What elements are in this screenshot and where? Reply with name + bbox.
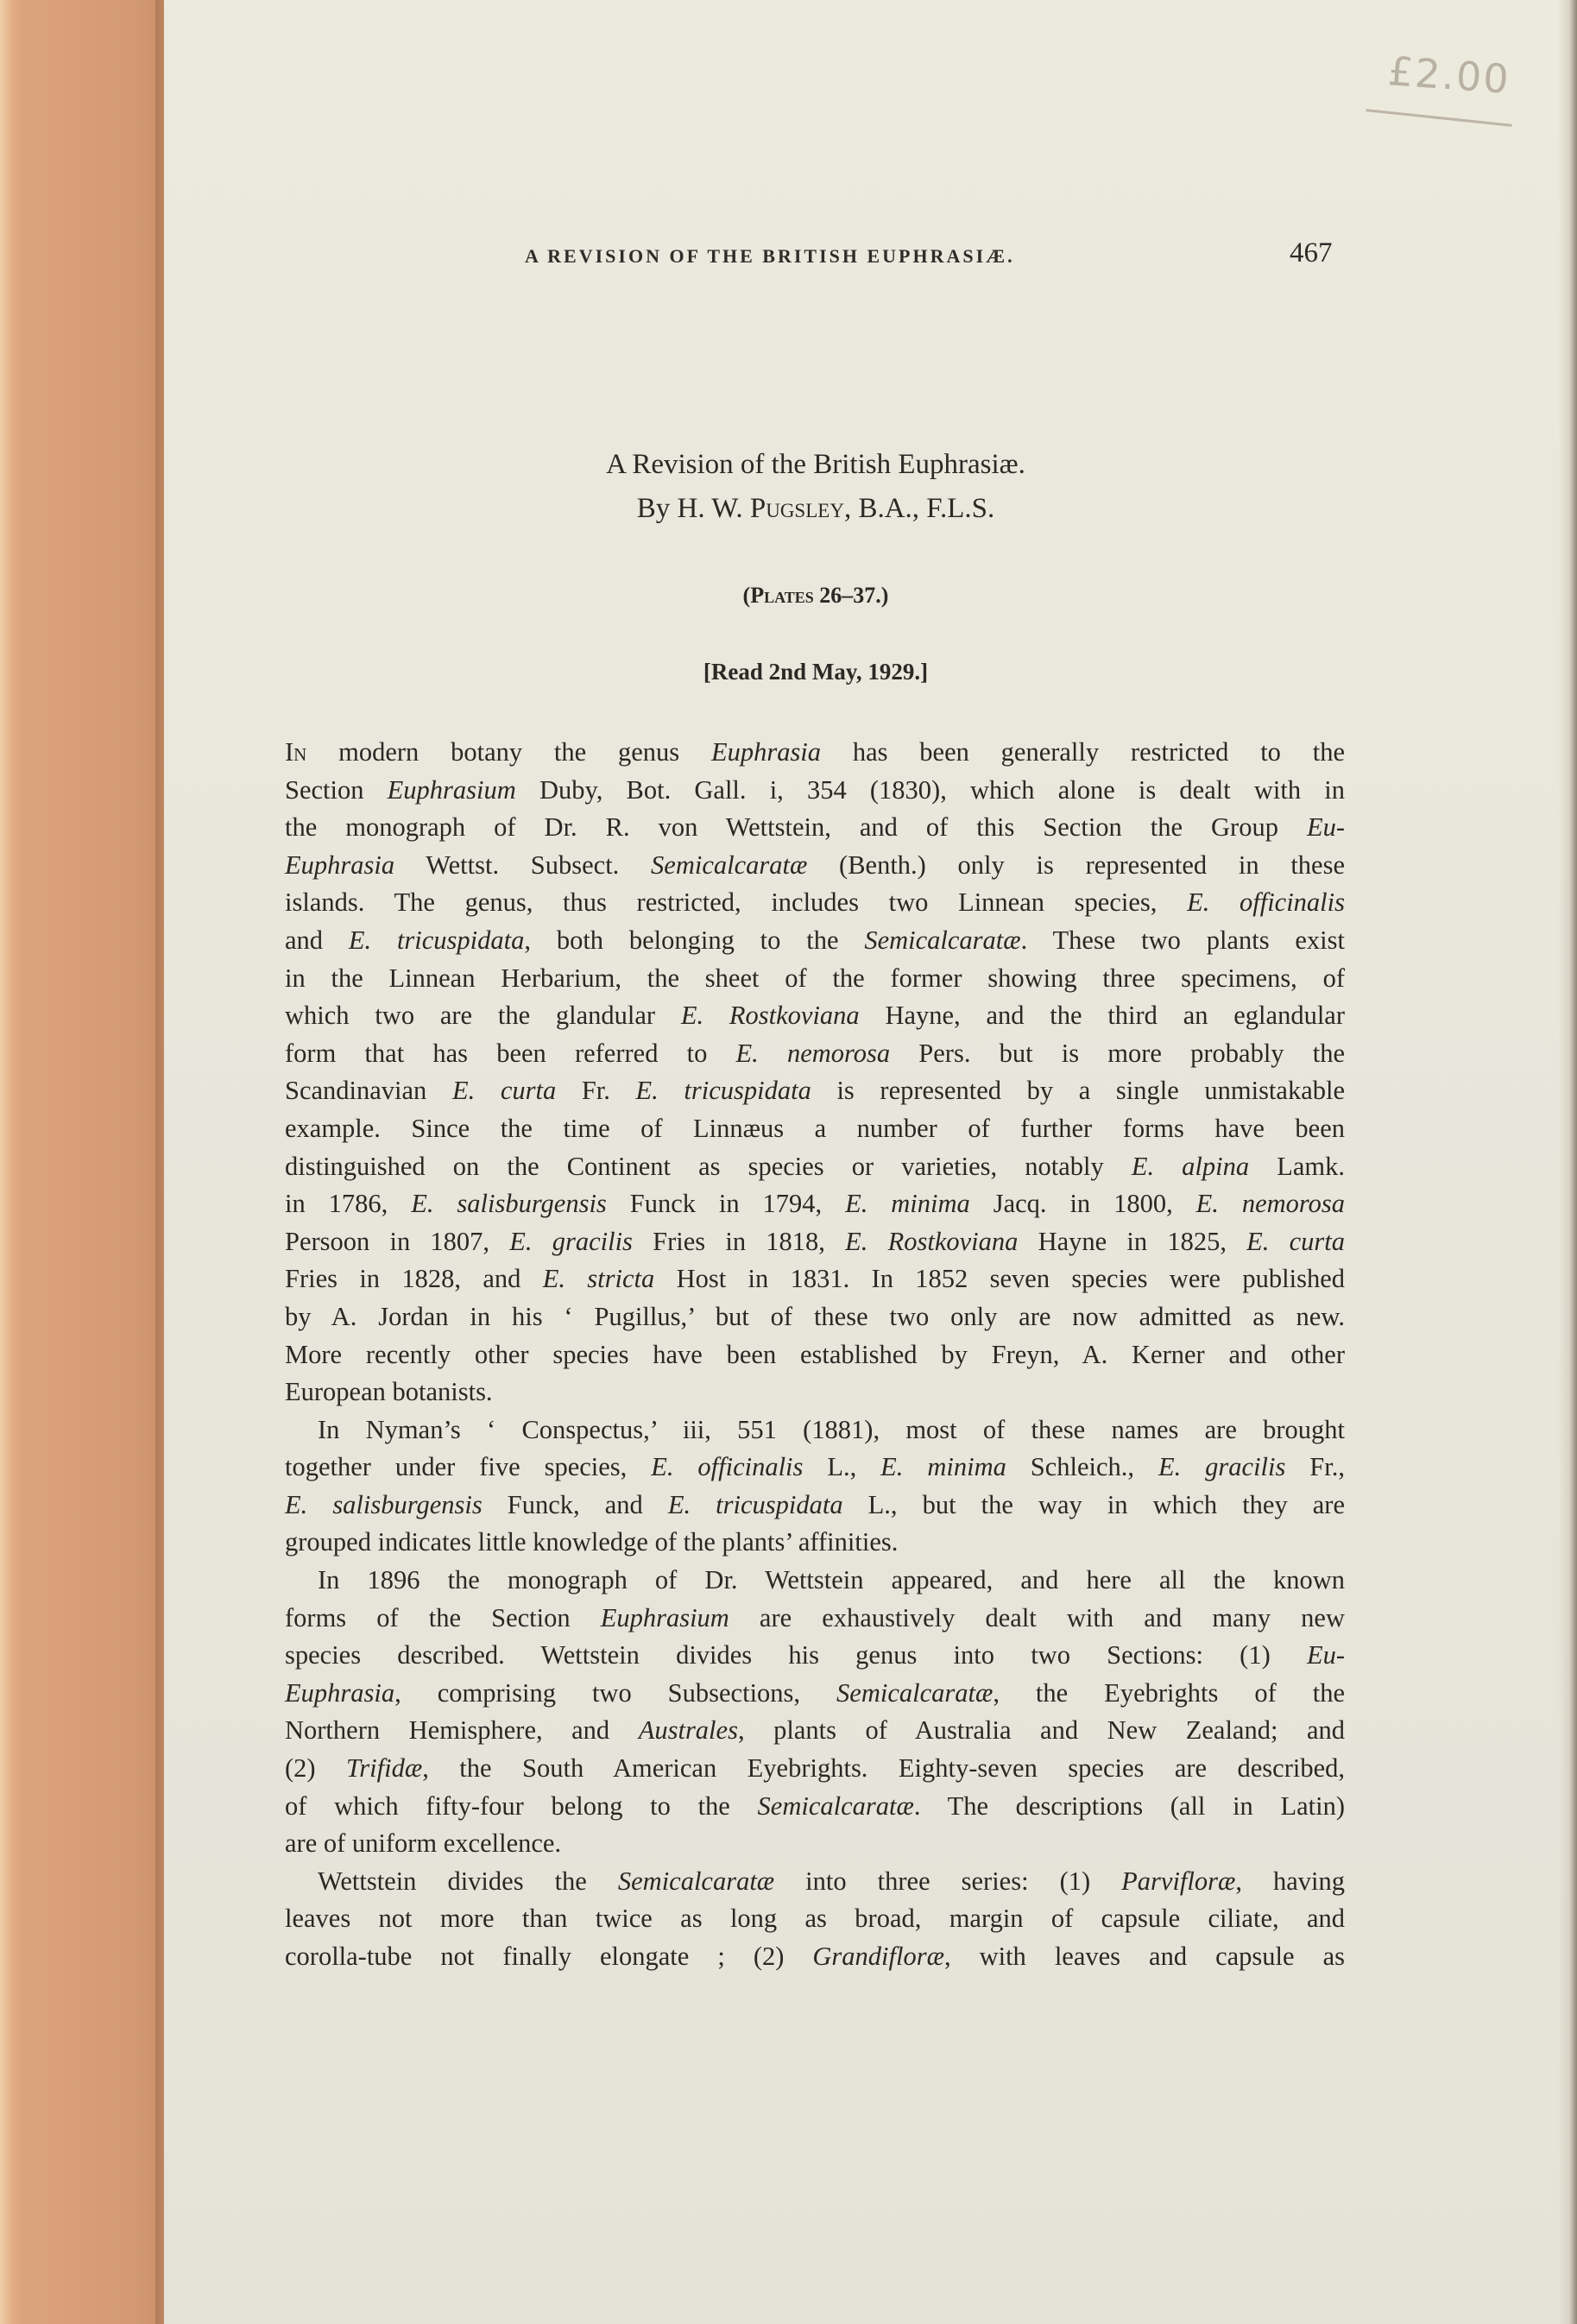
article-title: A Revision of the British Euphrasiæ. bbox=[285, 449, 1347, 481]
italic-taxon: Semicalcaratæ bbox=[651, 850, 807, 880]
text-run: , the South American Eyebrights. Eighty-… bbox=[422, 1753, 1345, 1783]
italic-taxon: E. minima bbox=[845, 1189, 970, 1218]
text-run: , both belonging to the bbox=[524, 925, 864, 955]
body-line: In modern botany the genus Euphrasia has… bbox=[285, 734, 1345, 772]
text-run: , comprising two Subsections, bbox=[394, 1678, 836, 1708]
text-run: in 1786, bbox=[285, 1189, 411, 1218]
body-line: are of uniform excellence. bbox=[285, 1825, 1345, 1863]
italic-taxon: E. stricta bbox=[543, 1264, 655, 1293]
cover-fold-highlight bbox=[0, 0, 21, 2324]
text-run: together under five species, bbox=[285, 1452, 651, 1481]
body-line: form that has been referred to E. nemoro… bbox=[285, 1035, 1345, 1073]
text-run: is represented by a single unmistakable bbox=[811, 1076, 1345, 1105]
body-line: Northern Hemisphere, and Australes, plan… bbox=[285, 1712, 1345, 1750]
text-run: Host in 1831. In 1852 seven species were… bbox=[654, 1264, 1345, 1293]
plates-range: 26–37.) bbox=[814, 583, 889, 608]
body-line: example. Since the time of Linnæus a num… bbox=[285, 1110, 1345, 1148]
body-line: (2) Trifidæ, the South American Eyebrigh… bbox=[285, 1750, 1345, 1788]
text-run: Fr. bbox=[556, 1076, 635, 1105]
italic-taxon: Euphrasia bbox=[285, 850, 394, 880]
text-run: Schleich., bbox=[1006, 1452, 1158, 1481]
text-run: grouped indicates little knowledge of th… bbox=[285, 1527, 898, 1557]
text-run: Fries in 1828, and bbox=[285, 1264, 543, 1293]
byline-author: Pugsley bbox=[750, 493, 844, 524]
text-run: Persoon in 1807, bbox=[285, 1227, 509, 1256]
italic-taxon: E. curta bbox=[1246, 1227, 1345, 1256]
body-line: Scandinavian E. curta Fr. E. tricuspidat… bbox=[285, 1072, 1345, 1110]
byline-suffix: , B.A., F.L.S. bbox=[844, 493, 994, 524]
page-right-edge bbox=[1558, 0, 1577, 2324]
body-line: species described. Wettstein divides his… bbox=[285, 1637, 1345, 1675]
italic-taxon: E. Rostkoviana bbox=[681, 1001, 860, 1030]
italic-taxon: E. salisburgensis bbox=[411, 1189, 607, 1218]
italic-taxon: Semicalcaratæ bbox=[618, 1866, 774, 1896]
byline: By H. W. Pugsley, B.A., F.L.S. bbox=[285, 493, 1347, 525]
italic-taxon: Euphrasia bbox=[711, 737, 821, 767]
text-run: species described. Wettstein divides his… bbox=[285, 1640, 1307, 1670]
text-run: Wettstein divides the bbox=[318, 1866, 618, 1896]
text-run: leaves not more than twice as long as br… bbox=[285, 1904, 1345, 1933]
text-run: are of uniform excellence. bbox=[285, 1828, 561, 1858]
text-run: , having bbox=[1235, 1866, 1345, 1896]
body-line: Euphrasia, comprising two Subsections, S… bbox=[285, 1675, 1345, 1713]
italic-taxon: E. alpina bbox=[1132, 1152, 1249, 1181]
text-run: and bbox=[285, 925, 349, 955]
italic-taxon: Semicalcaratæ bbox=[864, 925, 1020, 955]
italic-taxon: Grandifloræ bbox=[812, 1942, 944, 1971]
text-run: In 1896 the monograph of Dr. Wettstein a… bbox=[318, 1565, 1345, 1595]
text-run: Fr., bbox=[1285, 1452, 1345, 1481]
text-run: . The descriptions (all in Latin) bbox=[914, 1791, 1345, 1821]
body-line: grouped indicates little knowledge of th… bbox=[285, 1524, 1345, 1562]
text-run: European botanists. bbox=[285, 1377, 493, 1406]
text-run: In bbox=[285, 737, 306, 767]
text-run: , with leaves and capsule as bbox=[944, 1942, 1345, 1971]
body-line: together under five species, E. officina… bbox=[285, 1449, 1345, 1487]
italic-taxon: E. tricuspidata bbox=[349, 925, 525, 955]
page-number: 467 bbox=[1290, 237, 1333, 269]
pencil-price-mark: £2.00 bbox=[1386, 47, 1511, 103]
italic-taxon: E. nemorosa bbox=[736, 1039, 891, 1068]
italic-taxon: Eu- bbox=[1307, 1640, 1345, 1670]
italic-taxon: E. nemorosa bbox=[1196, 1189, 1345, 1218]
text-run: into three series: (1) bbox=[774, 1866, 1121, 1896]
text-run: in the Linnean Herbarium, the sheet of t… bbox=[285, 963, 1345, 993]
italic-taxon: Semicalcaratæ bbox=[836, 1678, 993, 1708]
text-run: (2) bbox=[285, 1753, 346, 1783]
italic-taxon: Semicalcaratæ bbox=[758, 1791, 914, 1821]
italic-taxon: E. Rostkoviana bbox=[845, 1227, 1018, 1256]
text-run: Hayne, and the third an eglandular bbox=[860, 1001, 1345, 1030]
body-line: Euphrasia Wettst. Subsect. Semicalcaratæ… bbox=[285, 847, 1345, 885]
brown-cover-edge bbox=[0, 0, 168, 2324]
text-run: Jacq. in 1800, bbox=[970, 1189, 1196, 1218]
plates-label: Plates bbox=[750, 583, 814, 608]
body-line: corolla-tube not finally elongate ; (2) … bbox=[285, 1938, 1345, 1976]
body-line: Section Euphrasium Duby, Bot. Gall. i, 3… bbox=[285, 772, 1345, 810]
text-run: More recently other species have been es… bbox=[285, 1340, 1345, 1369]
text-run: of which fifty-four belong to the bbox=[285, 1791, 758, 1821]
text-run: Wettst. Subsect. bbox=[394, 850, 651, 880]
text-run: which two are the glandular bbox=[285, 1001, 681, 1030]
body-line: More recently other species have been es… bbox=[285, 1336, 1345, 1374]
italic-taxon: E. tricuspidata bbox=[636, 1076, 811, 1105]
body-line: forms of the Section Euphrasium are exha… bbox=[285, 1600, 1345, 1638]
italic-taxon: E. gracilis bbox=[1158, 1452, 1285, 1481]
italic-taxon: Euphrasia bbox=[285, 1678, 394, 1708]
italic-taxon: Australes bbox=[639, 1715, 738, 1745]
body-line: the monograph of Dr. R. von Wettstein, a… bbox=[285, 809, 1345, 847]
italic-taxon: E. gracilis bbox=[509, 1227, 633, 1256]
text-run: Section bbox=[285, 775, 388, 805]
text-run: Scandinavian bbox=[285, 1076, 452, 1105]
body-line: E. salisburgensis Funck, and E. tricuspi… bbox=[285, 1487, 1345, 1525]
text-run: , plants of Australia and New Zealand; a… bbox=[738, 1715, 1345, 1745]
text-run: (Benth.) only is represented in these bbox=[807, 850, 1345, 880]
body-line: In Nyman’s ‘ Conspectus,’ iii, 551 (1881… bbox=[285, 1411, 1345, 1449]
body-line: and E. tricuspidata, both belonging to t… bbox=[285, 922, 1345, 960]
text-run: Hayne in 1825, bbox=[1018, 1227, 1246, 1256]
body-line: Wettstein divides the Semicalcaratæ into… bbox=[285, 1863, 1345, 1901]
body-line: of which fifty-four belong to the Semica… bbox=[285, 1788, 1345, 1826]
body-line: islands. The genus, thus restricted, inc… bbox=[285, 884, 1345, 922]
text-run: Northern Hemisphere, and bbox=[285, 1715, 639, 1745]
italic-taxon: E. officinalis bbox=[651, 1452, 803, 1481]
text-run: form that has been referred to bbox=[285, 1039, 736, 1068]
body-line: distinguished on the Continent as specie… bbox=[285, 1148, 1345, 1186]
text-run: Funck in 1794, bbox=[607, 1189, 845, 1218]
byline-prefix: By H. W. bbox=[637, 493, 750, 524]
text-run: by A. Jordan in his ‘ Pugillus,’ but of … bbox=[285, 1302, 1345, 1331]
italic-taxon: Parvifloræ bbox=[1121, 1866, 1235, 1896]
text-run: Lamk. bbox=[1249, 1152, 1345, 1181]
italic-taxon: Euphrasium bbox=[388, 775, 516, 805]
text-run: distinguished on the Continent as specie… bbox=[285, 1152, 1132, 1181]
body-line: in 1786, E. salisburgensis Funck in 1794… bbox=[285, 1185, 1345, 1223]
body-text: In modern botany the genus Euphrasia has… bbox=[285, 734, 1345, 1976]
text-run: forms of the Section bbox=[285, 1603, 601, 1632]
text-run: . These two plants exist bbox=[1021, 925, 1345, 955]
italic-taxon: Eu- bbox=[1307, 812, 1345, 842]
body-line: In 1896 the monograph of Dr. Wettstein a… bbox=[285, 1562, 1345, 1600]
text-run: modern botany the genus bbox=[306, 737, 711, 767]
text-run: the monograph of Dr. R. von Wettstein, a… bbox=[285, 812, 1307, 842]
read-date: [Read 2nd May, 1929.] bbox=[285, 659, 1347, 685]
italic-taxon: Trifidæ bbox=[346, 1753, 422, 1783]
text-run: corolla-tube not finally elongate ; (2) bbox=[285, 1942, 812, 1971]
body-line: which two are the glandular E. Rostkovia… bbox=[285, 997, 1345, 1035]
text-run: Duby, Bot. Gall. i, 354 (1830), which al… bbox=[516, 775, 1345, 805]
text-run: Pers. but is more probably the bbox=[890, 1039, 1345, 1068]
italic-taxon: E. officinalis bbox=[1187, 887, 1345, 917]
text-run: In Nyman’s ‘ Conspectus,’ iii, 551 (1881… bbox=[318, 1415, 1345, 1444]
text-run: , the Eyebrights of the bbox=[993, 1678, 1345, 1708]
body-line: European botanists. bbox=[285, 1374, 1345, 1411]
text-run: Fries in 1818, bbox=[633, 1227, 845, 1256]
italic-taxon: E. minima bbox=[880, 1452, 1006, 1481]
text-run: L., bbox=[803, 1452, 880, 1481]
text-run: L., but the way in which they are bbox=[843, 1490, 1345, 1519]
text-run: example. Since the time of Linnæus a num… bbox=[285, 1114, 1345, 1143]
text-run: has been generally restricted to the bbox=[821, 737, 1345, 767]
italic-taxon: Euphrasium bbox=[601, 1603, 729, 1632]
text-run: Funck, and bbox=[483, 1490, 668, 1519]
running-head: A REVISION OF THE BRITISH EUPHRASIÆ. bbox=[525, 245, 1015, 268]
italic-taxon: E. tricuspidata bbox=[668, 1490, 843, 1519]
text-run: islands. The genus, thus restricted, inc… bbox=[285, 887, 1187, 917]
plates-open: ( bbox=[743, 583, 751, 608]
italic-taxon: E. salisburgensis bbox=[285, 1490, 483, 1519]
plates-reference: (Plates 26–37.) bbox=[285, 583, 1347, 609]
body-line: in the Linnean Herbarium, the sheet of t… bbox=[285, 960, 1345, 998]
body-line: leaves not more than twice as long as br… bbox=[285, 1900, 1345, 1938]
text-run: are exhaustively dealt with and many new bbox=[729, 1603, 1345, 1632]
body-line: Fries in 1828, and E. stricta Host in 18… bbox=[285, 1260, 1345, 1298]
body-line: by A. Jordan in his ‘ Pugillus,’ but of … bbox=[285, 1298, 1345, 1336]
body-line: Persoon in 1807, E. gracilis Fries in 18… bbox=[285, 1223, 1345, 1261]
italic-taxon: E. curta bbox=[452, 1076, 556, 1105]
